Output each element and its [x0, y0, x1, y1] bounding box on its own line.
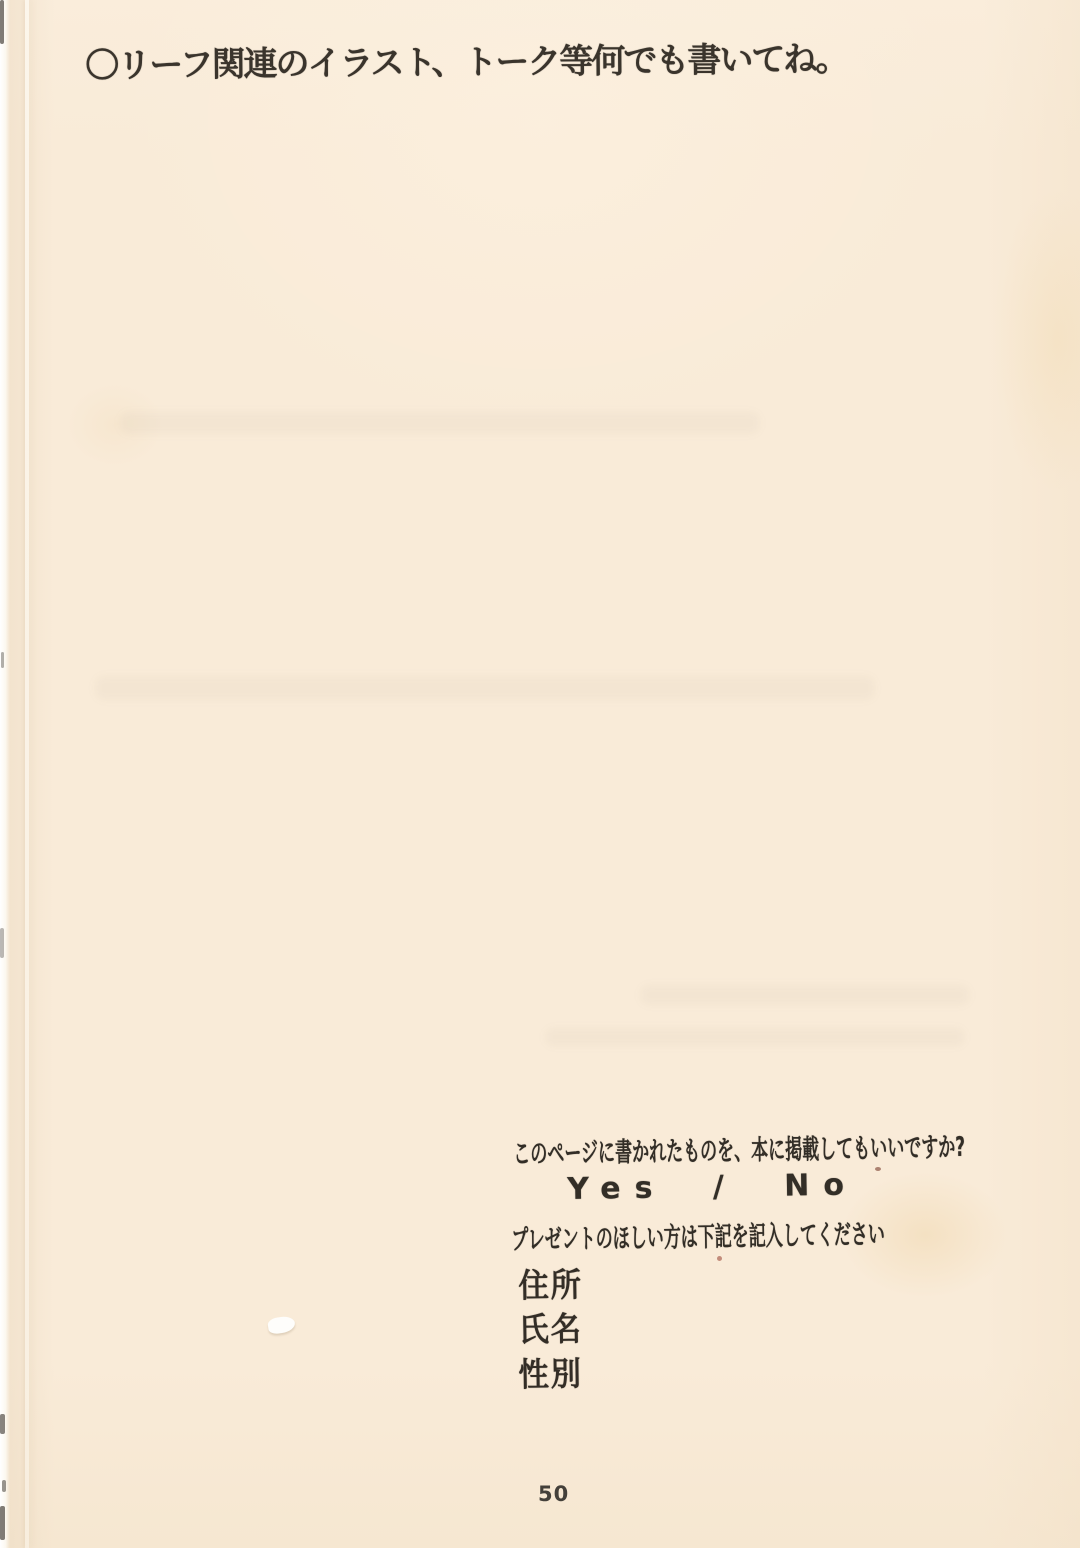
scan-edge-speck — [0, 1506, 5, 1540]
scan-edge-speck — [0, 0, 4, 44]
scan-edge-speck — [0, 928, 4, 958]
ink-fleck — [717, 1256, 722, 1261]
bleed-through-smudge — [545, 1028, 965, 1046]
field-label-address: 住所 — [518, 1259, 583, 1307]
permission-question: このページに書かれたものを、本に掲載してもいいですか? — [513, 1125, 965, 1171]
scan-edge — [0, 0, 10, 1548]
page-number: 50 — [538, 1482, 569, 1506]
bleed-through-smudge — [120, 412, 760, 434]
scan-edge-speck — [0, 1414, 5, 1434]
yes-no-choice: Yes / No — [567, 1167, 858, 1207]
binding-crease — [25, 0, 29, 1548]
scanned-doujinshi-page: 〇リーフ関連のイラスト、トーク等何でも書いてね。 このページに書かれたものを、本… — [0, 0, 1080, 1548]
ink-fleck — [875, 1167, 881, 1171]
field-label-name: 氏名 — [518, 1303, 583, 1351]
bleed-through-smudge — [95, 676, 875, 700]
present-note: プレゼントのほしい方は下記を記入してください — [511, 1212, 885, 1257]
paper-chip — [267, 1315, 296, 1335]
field-label-gender: 性別 — [518, 1348, 583, 1396]
scan-edge-speck — [1, 652, 4, 668]
page-heading: 〇リーフ関連のイラスト、トーク等何でも書いてね。 — [85, 31, 848, 87]
bleed-through-smudge — [640, 985, 970, 1005]
scan-edge-speck — [2, 1480, 6, 1492]
